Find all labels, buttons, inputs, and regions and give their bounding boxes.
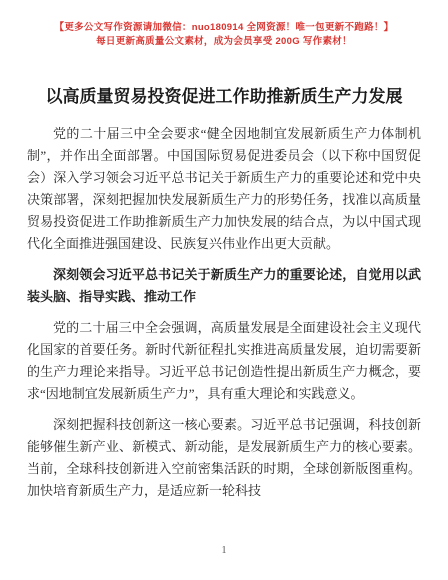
paragraph-bold-heading: 深刻领会习近平总书记关于新质生产力的重要论述，自觉用以武装头脑、指导实践、推动工… <box>27 264 421 308</box>
paragraph: 深刻把握科技创新这一核心要素。习近平总书记强调，科技创新能够催生新产业、新模式、… <box>27 414 421 502</box>
document-page: 【更多公文写作资源请加微信：nuo180914 全网资源！唯一包更新不跑路！】 … <box>0 0 448 580</box>
ad-banner: 【更多公文写作资源请加微信：nuo180914 全网资源！唯一包更新不跑路！】 … <box>0 0 448 49</box>
document-body: 党的二十届三中全会要求“健全因地制宜发展新质生产力体制机制”，并作出全面部署。中… <box>27 123 421 502</box>
page-title: 以高质量贸易投资促进工作助推新质生产力发展 <box>30 85 418 109</box>
ad-banner-line1: 【更多公文写作资源请加微信：nuo180914 全网资源！唯一包更新不跑路！】 <box>0 21 448 35</box>
paragraph: 党的二十届三中全会强调，高质量发展是全面建设社会主义现代化国家的首要任务。新时代… <box>27 317 421 405</box>
page-number: 1 <box>0 545 448 556</box>
ad-banner-line2: 每日更新高质量公文素材，成为会员享受 200G 写作素材！ <box>0 35 448 49</box>
paragraph: 党的二十届三中全会要求“健全因地制宜发展新质生产力体制机制”，并作出全面部署。中… <box>27 123 421 255</box>
